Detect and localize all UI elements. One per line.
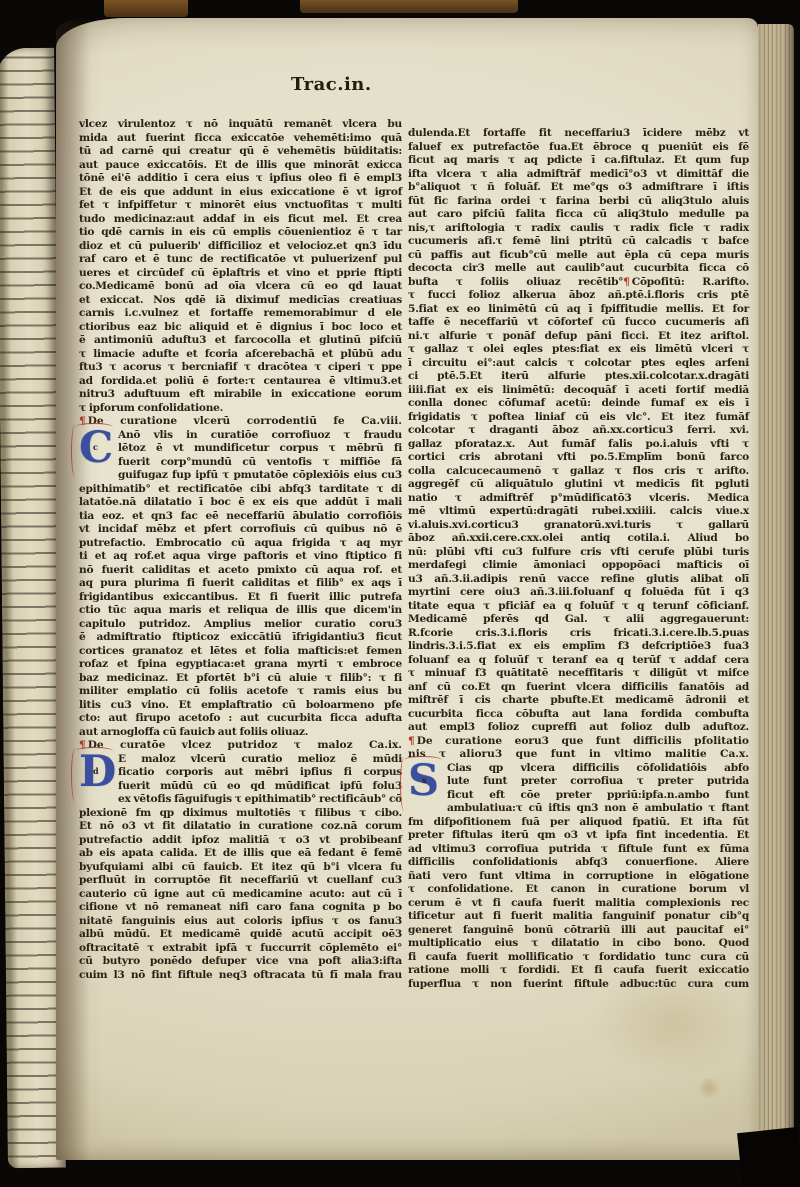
- text-line: τ fucci folioz alkerua āboz añ.ptē.i.flo…: [408, 289, 749, 303]
- text-line: aggregēf cū aliquātulo glutini vt medicī…: [408, 478, 749, 492]
- text-line: perfluūt in corruptōe fit neceffariū vt …: [79, 874, 402, 888]
- text-line: nō fuerit caliditas et aceto pmixto cū a…: [79, 564, 402, 578]
- text-line: putrefactio addit ipfoz malitiā τ o3 vt …: [79, 834, 402, 848]
- text-line: fet τ infpiffetur τ minorēt eius vnctuof…: [79, 199, 402, 213]
- running-title: Trac.in.: [291, 74, 372, 95]
- text-line: aut caro pifciū falita ficca cū aliq3tul…: [408, 208, 749, 222]
- text-line: ficut aq maris τ aq pdicte ī ca.fiftulaz…: [408, 154, 749, 168]
- text-line: difficilis confolidationis abfq3 conuerf…: [408, 856, 749, 870]
- text-column-right: dulenda.Et fortaffe fit neceffariu3 īcid…: [408, 127, 749, 991]
- text-line: ī circuitu ei°:aut calcis τ colcotar pte…: [408, 357, 749, 371]
- text-line: iiii.fiat ex eis linimētū: decoquāf ī ac…: [408, 384, 749, 398]
- text-line: nū: plūbi vfti cu3 fulfure cris vfti cer…: [408, 546, 749, 560]
- text-line: aut empl3 folioz cupreffi aut folioz dul…: [408, 721, 749, 735]
- chapter-heading-line: ¶De curatōe vlcez putridoz τ maloz Ca.ix…: [79, 739, 402, 753]
- text-line: τ confolidatione. Et canon in curatione …: [408, 883, 749, 897]
- text-line: ctio tūc aqua maris et reliqua de illis …: [79, 604, 402, 618]
- book-photo: Trac.in. vlcez virulentoz τ nō inquātū r…: [0, 0, 800, 1187]
- text-line: militer emplatio cū foliis acetofe τ ram…: [79, 685, 402, 699]
- text-line: nitru3 aduftuum eft mirabile in exiccati…: [79, 388, 402, 402]
- text-line: 5.fiat ex eo linimētū cū aq ī fpiffitudi…: [408, 303, 749, 317]
- text-line: aq pura plurima fi fuerit caliditas et f…: [79, 577, 402, 591]
- text-line: capitulo putridoz. Amplius melior curati…: [79, 618, 402, 632]
- text-line: fūt fic farina ordei τ farina berbi cū a…: [408, 195, 749, 209]
- text-column-left: vlcez virulentoz τ nō inquātū remanēt vl…: [79, 118, 402, 982]
- text-line: cū paffis aut ficub°cū melle aut ēpla cū…: [408, 249, 749, 263]
- guide-letter: d: [93, 767, 98, 775]
- guide-letter: s: [422, 776, 426, 784]
- text-line: τ limacie adufte et fcoria afcerebachā e…: [79, 348, 402, 362]
- text-line: cuim l3 nō fint fiftule neq3 oftracata t…: [79, 969, 402, 983]
- text-line: merdafegi climie āmoniaci oppopōaci maft…: [408, 559, 749, 573]
- text-line: ex vētofis fāguifugis τ epithimatib° rec…: [79, 793, 402, 807]
- text-line: τ ipforum confolidatione.: [79, 402, 402, 416]
- text-line: baz medicinaz. Et pfortēt b°i cū aluie τ…: [79, 672, 402, 686]
- text-line: tio qdē carnis in eis cū emplis cōuenien…: [79, 226, 402, 240]
- text-line: ambulatiua:τ cū iftis qn3 non ē ambulati…: [408, 802, 749, 816]
- spine-headband-fragment: [300, 0, 518, 13]
- text-line: aut arnogloffa cū fauicb aut foliis oliu…: [79, 726, 402, 740]
- text-line: ad vltimu3 corrofiua putrida τ fiftule f…: [408, 843, 749, 857]
- text-line: mida aut fuerint ficca exiccatōe vehemēt…: [79, 132, 402, 146]
- text-line: myrtini cere oiu3 añ.3.iii.foluanf q fol…: [408, 586, 749, 600]
- text-line: ci ptē.5.Et iterū alfurie ptes.xii.colco…: [408, 370, 749, 384]
- text-line: ē antimoniū aduftu3 et farcocolla et glu…: [79, 334, 402, 348]
- pilcrow-mark: ¶: [623, 276, 632, 288]
- text-line: Et nō o3 vt fit dilatatio in curatione c…: [79, 820, 402, 834]
- text-line: cucumeris afi.τ femē lini ptritū cū calc…: [408, 235, 749, 249]
- text-line: vt incidaf mēbz et pfert corrofiuis cū q…: [79, 523, 402, 537]
- text-line: plexionē fm qp diximus multotiēs τ filib…: [79, 807, 402, 821]
- text-line: cto: aut firupo acetofo : aut cucurbita …: [79, 712, 402, 726]
- text-line: byufquiami albi cū fauicb. Et itez qū b°…: [79, 861, 402, 875]
- chapter-heading-line: ¶De curatione eoru3 que funt difficilis …: [408, 735, 749, 749]
- illuminated-initial-c: Cc: [79, 430, 113, 470]
- text-line: mē vltimū expertū:dragāti rubei.xxiiii. …: [408, 505, 749, 519]
- text-line: SsCias qp vlcera difficilis cōfolidatiōi…: [408, 762, 749, 776]
- text-line: natio τ admiftrēf p°mūdificatō3 vlceris.…: [408, 492, 749, 506]
- text-line: carnis i.c.vulnez et fortaffe rememorabi…: [79, 307, 402, 321]
- text-line: cauterio cū igne aut cū medicamine acuto…: [79, 888, 402, 902]
- paper-stain: [696, 1078, 722, 1098]
- text-line: titate equa τ pficiāf ea q foluūf τ q te…: [408, 600, 749, 614]
- text-line: frigidatis τ poftea liniaf cū eis vlc°. …: [408, 411, 749, 425]
- text-line: ē admiftratio ftipticoz exiccātiū īfrigi…: [79, 631, 402, 645]
- text-line: vlcez virulentoz τ nō inquātū remanēt vl…: [79, 118, 402, 132]
- text-line: tia eoz. et qn3 fac eē neceffariū ābulat…: [79, 510, 402, 524]
- text-line: cifione vt nō remaneat nifi caro fana co…: [79, 901, 402, 915]
- text-line: nis,τ ariftologia τ radix caulis τ radix…: [408, 222, 749, 236]
- text-line: ñati vero funt vltima in corruptione in …: [408, 870, 749, 884]
- text-line: gallaz pforataz.x. Aut fumāf falis po.i.…: [408, 438, 749, 452]
- text-line: foluanf ea q foluūf τ teranf ea q terūf …: [408, 654, 749, 668]
- text-line: lute funt preter corrofiua τ preter putr…: [408, 775, 749, 789]
- text-line: multiplicatio eius τ dilatatio in cibo b…: [408, 937, 749, 951]
- text-line: cortices granatoz et lētes et folia maft…: [79, 645, 402, 659]
- fore-edge-corner: [737, 1127, 800, 1187]
- text-line: dulenda.Et fortaffe fit neceffariu3 īcid…: [408, 127, 749, 141]
- text-line: preter fiftulas iterū qm o3 vt ipfa fint…: [408, 829, 749, 843]
- text-line: ftu3 τ acorus τ bercniafif τ dracōtea τ …: [79, 361, 402, 375]
- text-line: cerum ē vt fi caufa fuerit malitia compl…: [408, 897, 749, 911]
- text-line: tudo medicinaz:aut addaf in eis ficut me…: [79, 213, 402, 227]
- text-line: u3 añ.3.ii.adipis renū vacce refine glut…: [408, 573, 749, 587]
- text-line: ctioribus eaz bic aliquid et ē dignius ī…: [79, 321, 402, 335]
- text-line: aut pauce exiccatōis. Et de illis que mi…: [79, 159, 402, 173]
- text-line: fuperflua τ non fuerint fiftule adbuc:tū…: [408, 978, 749, 992]
- text-line: τ gallaz τ olei eqles ptes:fiat ex eis l…: [408, 343, 749, 357]
- spine-headband-fragment: [104, 0, 188, 17]
- text-line: albū mūdū. Et medicamē quidē acutū accip…: [79, 928, 402, 942]
- text-line: raf caro et ē tunc de rectificatōe vt pu…: [79, 253, 402, 267]
- text-line: guifugaz fup ipfū τ pmutatōe cōplexiōis …: [79, 469, 402, 483]
- text-line: miftrēf ī cis charte pbufte.Et medicamē …: [408, 694, 749, 708]
- text-line: dioz et cū puluerib' difficilioz et velo…: [79, 240, 402, 254]
- text-line: anf cū co.Et qn fuerint vlcera difficili…: [408, 681, 749, 695]
- text-line: generet fanguinē bonū cōtrariū illi aut …: [408, 924, 749, 938]
- text-line: decocta cir3 melle aut caulib°aut cucurb…: [408, 262, 749, 276]
- text-line: b°aliquot τ ñ foluāf. Et me°qs o3 admift…: [408, 181, 749, 195]
- text-line: colla calcucecaumenō τ gallaz τ flos cri…: [408, 465, 749, 479]
- text-line: taffe ē neceffariū vt cōfortef cū fucco …: [408, 316, 749, 330]
- text-line: ratione molli τ fordidi. Et fi caufa fue…: [408, 964, 749, 978]
- text-line: ficatio corporis aut mēbri ipfius fi cor…: [79, 766, 402, 780]
- text-line: ab eis apata calida. Et de illis que eā …: [79, 847, 402, 861]
- text-line: et exiccat. Nos qdē iā diximuf medicīas …: [79, 294, 402, 308]
- text-line: vi.aluis.xvi.corticu3 granatorū.xvi.turi…: [408, 519, 749, 533]
- illuminated-initial-s: Ss: [408, 763, 442, 803]
- text-line: colcotar τ draganti āboz añ.xx.corticu3 …: [408, 424, 749, 438]
- text-line: fi caufa fuerit mollificatio τ fordidati…: [408, 951, 749, 965]
- text-line: cucurbita ficca cōbufta aut lana fordida…: [408, 708, 749, 722]
- text-line: R.fcorie cris.3.i.floris cris fricati.3.…: [408, 627, 749, 641]
- text-line: epithimatib° et rectificatōe cibi abfq3 …: [79, 483, 402, 497]
- text-line: nitatē fanguinis eius aut coloris ipfius…: [79, 915, 402, 929]
- text-line: CcAnō vlis in curatiōe corrofiuoz τ frau…: [79, 429, 402, 443]
- text-line: DdE maloz vlcerū curatio melioz ē mūdi: [79, 753, 402, 767]
- text-line: ti et aq rof.et aqua virge paftoris et v…: [79, 550, 402, 564]
- text-line: tificetur aut fi fuerit malitia fanguini…: [408, 910, 749, 924]
- chapter-heading-line: nis τ alioru3 que funt in vltimo malitie…: [408, 748, 749, 762]
- text-line: Et de eis que addunt in eius exiccatione…: [79, 186, 402, 200]
- text-line: oftracitatē τ extrabit ipfā τ fuccurrit …: [79, 942, 402, 956]
- text-line: faluef ex putrefactōe fua.Et ēbroce q pu…: [408, 141, 749, 155]
- text-line: frigidantibus exiccantibus. Et fi fuerit…: [79, 591, 402, 605]
- guide-letter: c: [93, 443, 98, 451]
- chapter-heading-line: ¶De curatione vlcerū corrodentiū fe Ca.v…: [79, 415, 402, 429]
- text-line: latatōe.nā dilatatio ī boc ē ex eis que …: [79, 496, 402, 510]
- text-line: conlla donec cōfumaf acetū: deinde fumaf…: [408, 397, 749, 411]
- text-line: rofaz et fpina egyptiaca:et grana myrti …: [79, 658, 402, 672]
- text-line: ad fordida.et poliū ē forte:τ centaurea …: [79, 375, 402, 389]
- fore-edge-page-stack: [758, 24, 794, 1152]
- text-line: tōnē ei'ē additio ī cera eius τ ipfius o…: [79, 172, 402, 186]
- text-line: ficut eft cōe preter ppriū:ipfa.n.ambo f…: [408, 789, 749, 803]
- text-line: litis cu3 vino. Et emplaftratio cū boloa…: [79, 699, 402, 713]
- text-line: lindris.3.i.5.fiat ex eis emplīm f3 defc…: [408, 640, 749, 654]
- text-line: cortici cris abrotani vfti po.5.Emplīm b…: [408, 451, 749, 465]
- text-line: bufta τ foliis oliuaz recētib°¶Cōpofitū:…: [408, 276, 749, 290]
- text-line: lētoz ē vt mundificetur corpus τ mēbrū f…: [79, 442, 402, 456]
- text-line: ueres et circūdef cū ēplaftris et vino e…: [79, 267, 402, 281]
- text-line: āboz añ.xxii.cere.cxx.olei antiq cotila.…: [408, 532, 749, 546]
- text-line: fm difpofitionem fuā per aliquod fpatiū.…: [408, 816, 749, 830]
- text-line: tū ad carnē qui creatur qū ē vehemētis b…: [79, 145, 402, 159]
- text-line: Medicamē pferēs qd Gal. τ alii aggregaue…: [408, 613, 749, 627]
- pilcrow-mark: ¶: [408, 735, 417, 747]
- text-line: fuerit corp°mundū cū ventofis τ miffiōe …: [79, 456, 402, 470]
- text-line: ni.τ alfurie τ ponāf defup pāni ficci. E…: [408, 330, 749, 344]
- text-line: putrefactio. Embrocatio cū aqua frigida …: [79, 537, 402, 551]
- text-line: τ minuaf f3 quātitatē neceffitaris τ dil…: [408, 667, 749, 681]
- text-line: fuerit mūdū cū eo qd mūdificat ipfū folu…: [79, 780, 402, 794]
- illuminated-initial-d: Dd: [79, 754, 113, 794]
- text-line: cū butyro ponēdo defuper vice vna poft a…: [79, 955, 402, 969]
- text-line: ifta vlcera τ alia admiftrāf medicī°o3 v…: [408, 168, 749, 182]
- text-line: co.Medicamē bonū ad oīa vlcera cū eo qd …: [79, 280, 402, 294]
